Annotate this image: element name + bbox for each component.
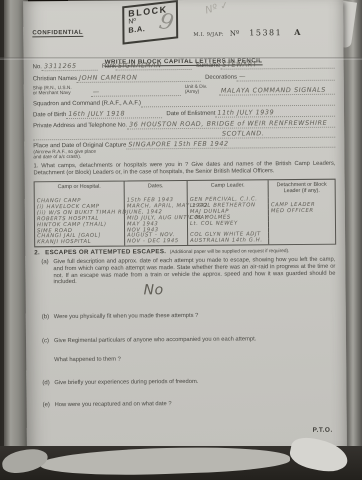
squadron-label: Squadron and Command (R.A.F., A.A.F.) xyxy=(33,100,141,108)
q2a-label: (a) xyxy=(41,259,48,266)
question-2-number: 2. xyxy=(34,249,40,256)
row-address-line2: SCOTLAND. xyxy=(33,130,335,141)
capture-sublabel: (Aircrew R.A.F., so give place and date … xyxy=(33,150,96,161)
question-2-note: (Additional paper will be supplied on re… xyxy=(170,249,290,255)
serial-number: 15381 xyxy=(249,28,282,37)
surname-label: Surname xyxy=(196,63,220,70)
capture-value: SINGAPORE 15th FEB 1942 xyxy=(126,140,335,150)
serial-suffix: A xyxy=(294,27,300,37)
row-capture: Place and Date of Original Capture SINGA… xyxy=(33,140,335,151)
header-dates: Dates. xyxy=(125,181,188,199)
q2c-text: Give Regimental particulars of anyone wh… xyxy=(54,336,336,345)
header-camp: Camp or Hospital. xyxy=(35,182,125,200)
surname-value: STEWART xyxy=(220,61,334,70)
q2e-label: (e) xyxy=(43,402,50,409)
cell-detachment xyxy=(269,238,335,244)
pow-liberation-form: CONFIDENTIAL BLOCK Nº B.A. 9 Nº ✓ M.I. 9… xyxy=(23,0,347,453)
address-value: 36 HOUSTON ROAD, BRIDGE of WEIR RENFREWS… xyxy=(127,120,335,130)
camps-table-body: CHANGI CAMP 15th FEB 1943 GEN PERCIVAL, … xyxy=(35,197,335,247)
q2c-label: (c) xyxy=(42,338,49,345)
cell-leader: AUSTRALIAN 14th G.H. xyxy=(188,239,269,246)
rank-value: SIGNALMAN xyxy=(116,62,192,71)
question-2-title: ESCAPES OR ATTEMPTED ESCAPES. xyxy=(45,248,166,256)
q2d-label: (d) xyxy=(42,380,49,387)
decorations-value: — xyxy=(237,73,335,82)
unit-value: MALAYA COMMAND SIGNALS xyxy=(219,87,335,96)
date-of-birth-value: 16th JULY 1918 xyxy=(66,110,162,119)
question-2-heading: 2. ESCAPES OR ATTEMPTED ESCAPES. (Additi… xyxy=(34,247,336,257)
q2a-text: Give full description and approx. date o… xyxy=(53,257,335,287)
row-address: Private Address and Telephone No. 36 HOU… xyxy=(33,120,335,131)
header-leader: Camp Leader. xyxy=(188,180,269,198)
row-birth-enlistment: Date of Birth 16th JULY 1918 Date of Enl… xyxy=(33,109,335,120)
row-no-rank-surname: No. 3311265 Rank SIGNALMAN Surname STEWA… xyxy=(33,61,335,72)
pto-label: P.T.O. xyxy=(313,427,333,434)
cell-dates: NOV - DEC 1945 xyxy=(125,239,188,245)
pencil-annotation: Nº ✓ xyxy=(204,0,230,17)
q2c-text2: What happened to them ? xyxy=(54,355,336,364)
mi9-label: M.I. 9/JAP: xyxy=(193,32,224,38)
address-value-line2: SCOTLAND. xyxy=(33,130,335,141)
christian-names-label: Christian Names xyxy=(33,76,77,83)
rank-label: Rank xyxy=(102,64,116,71)
row-squadron: Squadron and Command (R.A.F., A.A.F.) xyxy=(33,99,335,109)
decorations-label: Decorations xyxy=(205,75,237,82)
header-detachment: Detachment or Block Leader (if any). xyxy=(269,180,335,198)
table-row: KRANJI HOSPITAL NOV - DEC 1945 AUSTRALIA… xyxy=(35,238,335,247)
ship-label: Ship (R.N., U.S.N. or Merchant Navy xyxy=(33,86,91,97)
question-1-text: 1. What camps, detachments or hospitals … xyxy=(33,161,335,177)
photo-scene: CONFIDENTIAL BLOCK Nº B.A. 9 Nº ✓ M.I. 9… xyxy=(0,0,362,480)
unit-label: Unit & Div. (Army) xyxy=(185,85,219,96)
reference-number-line: M.I. 9/JAP: Nº 15381 A xyxy=(193,27,300,38)
camps-table: Camp or Hospital. Dates. Camp Leader. De… xyxy=(34,179,337,248)
ship-value: — xyxy=(91,88,181,97)
date-of-birth-label: Date of Birth xyxy=(33,112,66,119)
q2b-label: (b) xyxy=(42,314,49,321)
q2b-text: Were you physically fit when you made th… xyxy=(54,312,336,321)
no-symbol: Nº xyxy=(230,30,239,38)
q2a-answer: No xyxy=(143,282,163,298)
q2d-text: Give briefly your experiences during per… xyxy=(54,378,336,387)
address-label: Private Address and Telephone No. xyxy=(33,123,127,131)
cell-camp: KRANJI HOSPITAL xyxy=(35,240,125,247)
row-ship-unit: Ship (R.N., U.S.N. or Merchant Navy — Un… xyxy=(33,84,335,97)
enlistment-value: 11th JULY 1939 xyxy=(215,109,335,118)
christian-names-value: JOHN CAMERON xyxy=(77,74,201,83)
no-label: No. xyxy=(33,64,42,71)
enlistment-label: Date of Enlistment xyxy=(166,111,215,118)
photo-crease xyxy=(0,57,362,60)
no-value: 3311265 xyxy=(42,63,98,71)
q2e-text: How were you recaptured and on what date… xyxy=(55,400,337,409)
confidential-label: CONFIDENTIAL xyxy=(32,30,83,37)
squadron-value xyxy=(141,105,335,108)
row-names-decorations: Christian Names JOHN CAMERON Decorations… xyxy=(33,73,335,84)
